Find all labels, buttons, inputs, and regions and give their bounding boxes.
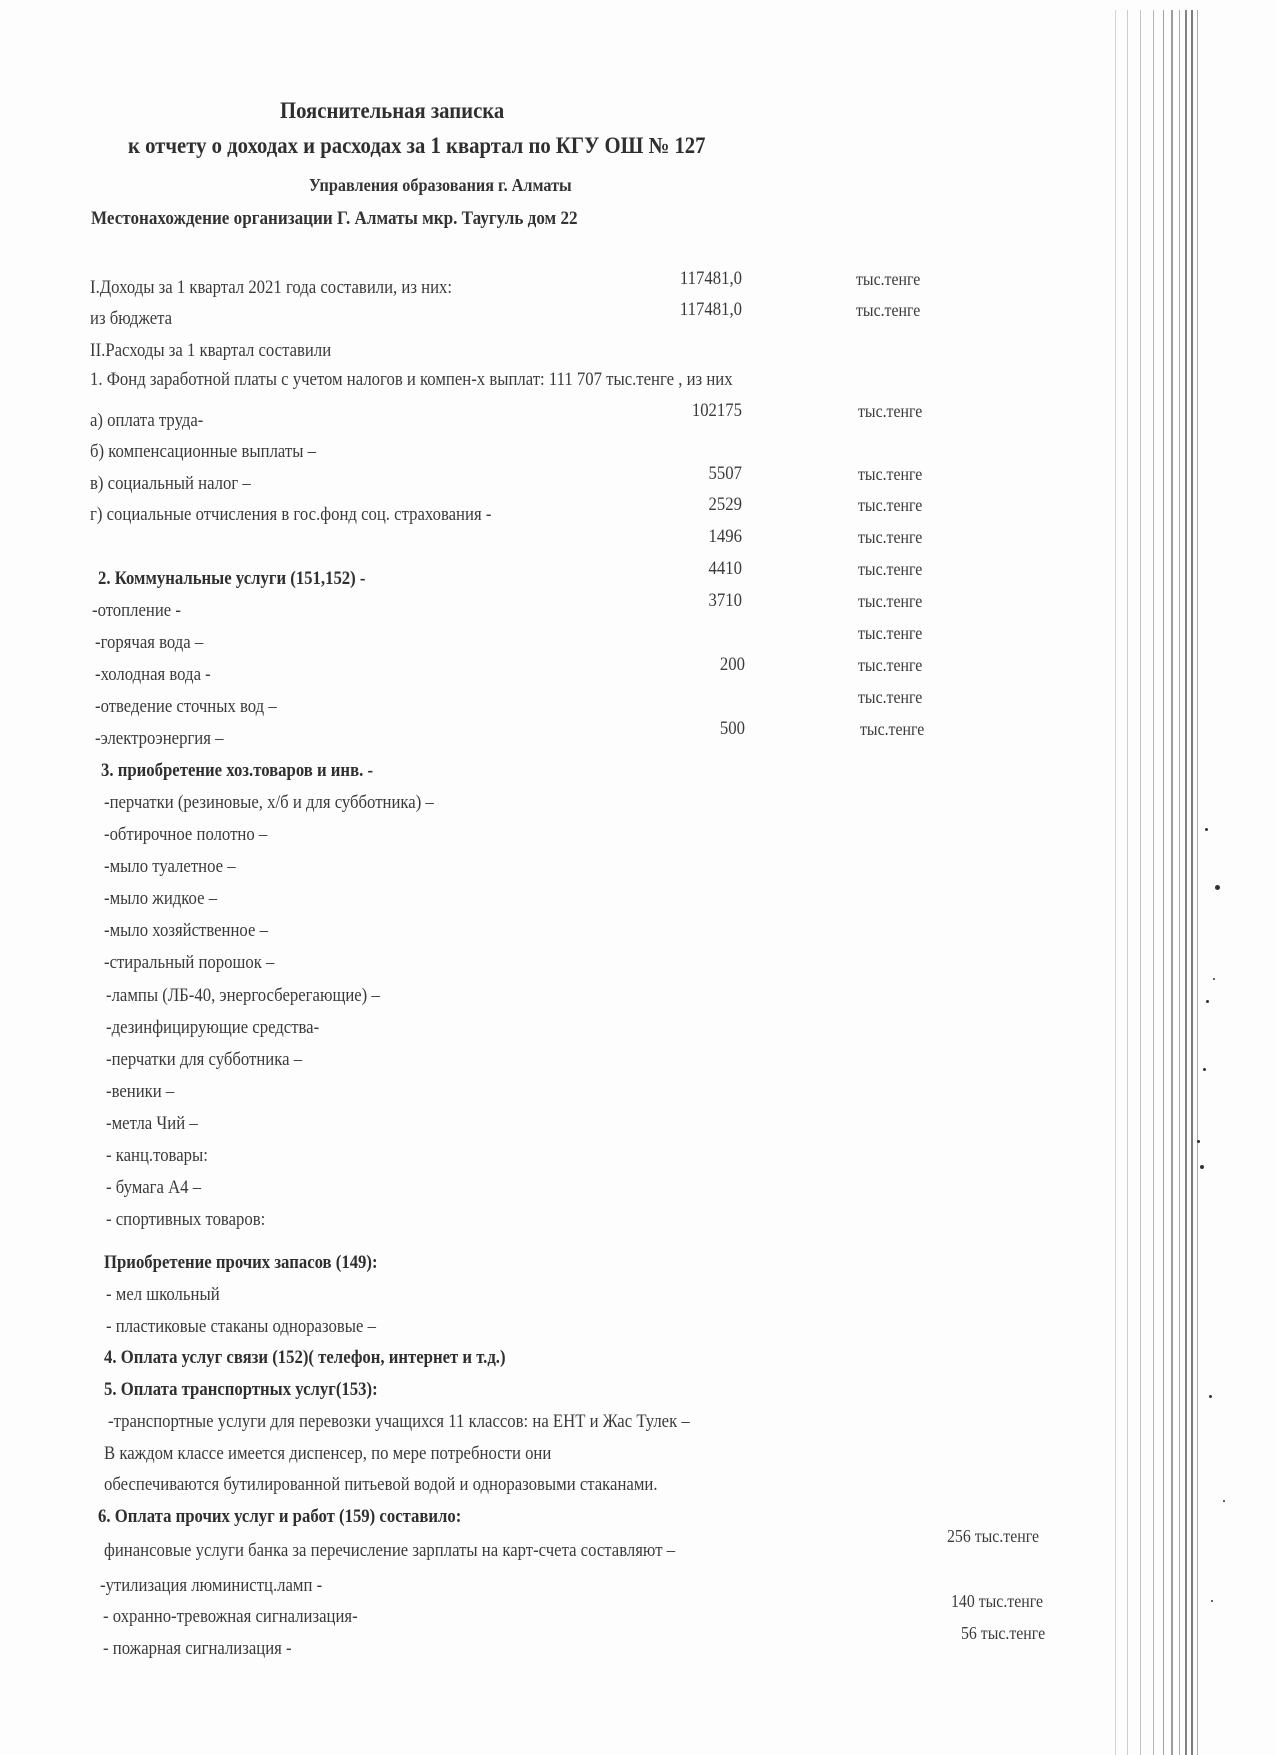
scan-speck [1213,978,1215,980]
utilities-value: 500 [639,718,745,740]
scan-streak [1163,10,1164,1755]
transport-line: В каждом классе имеется диспенсер, по ме… [104,1443,551,1465]
supplies-item: -перчатки (резиновые, х/б и для субботни… [104,792,434,814]
scan-speck [1223,1500,1225,1502]
other-services-value: 140 тыс.тенге [951,1590,1043,1612]
supplies-item: -мыло хозяйственное – [104,920,268,942]
transport-heading: 5. Оплата транспортных услуг(153): [104,1379,378,1401]
scan-speck [1215,885,1220,890]
other-services-item: - охранно-тревожная сигнализация- [103,1606,358,1628]
unit-label: тыс.тенге [858,463,922,485]
scan-speck [1205,828,1208,831]
supplies-item: -мыло туалетное – [104,856,236,878]
document-subtitle: к отчету о доходах и расходах за 1 кварт… [128,135,706,157]
communication-heading: 4. Оплата услуг связи (152)( телефон, ин… [104,1347,506,1369]
budget-label: из бюджета [90,308,172,330]
department-line: Управления образования г. Алматы [309,174,572,196]
utilities-item: -горячая вода – [95,632,203,654]
supplies-item: - бумага А4 – [106,1177,201,1199]
unit-label: тыс.тенге [860,718,924,740]
supplies-item: -обтирочное полотно – [104,824,267,846]
supplies-item: -стиральный порошок – [104,952,274,974]
document-title: Пояснительная записка [280,100,504,122]
transport-line: -транспортные услуги для перевозки учащи… [108,1411,690,1433]
payroll-item: б) компенсационные выплаты – [90,441,316,463]
scan-speck [1200,1165,1204,1169]
scan-streak [1115,10,1116,1755]
other-stock-item: - пластиковые стаканы одноразовые – [106,1316,376,1338]
utilities-total: 4410 [636,558,742,580]
payroll-item: а) оплата труда- [90,410,203,432]
utilities-item: -отопление - [92,600,181,622]
supplies-item: -мыло жидкое – [104,888,217,910]
payroll-value: 5507 [636,463,742,485]
payroll-item: г) социальные отчисления в гос.фонд соц.… [90,504,491,526]
scan-speck [1209,1395,1212,1398]
utilities-item: -электроэнергия – [95,728,223,750]
unit-label: тыс.тенге [858,590,922,612]
expenses-heading: II.Расходы за 1 квартал составили [90,340,331,362]
supplies-item: -метла Чий – [106,1113,198,1135]
other-services-item: финансовые услуги банка за перечисление … [104,1540,675,1562]
unit-label: тыс.тенге [858,494,922,516]
scan-streak [1185,10,1187,1755]
utilities-value: 3710 [636,590,742,612]
other-services-item: -утилизация люминистц.ламп - [100,1575,322,1597]
supplies-item: - канц.товары: [106,1145,208,1167]
unit-label: тыс.тенге [858,558,922,580]
scan-speck [1197,1140,1200,1143]
other-services-value: 56 тыс.тенге [961,1622,1045,1644]
supplies-item: -перчатки для субботника – [106,1049,302,1071]
location-line: Местонахождение организации Г. Алматы мк… [91,208,578,230]
income-total: 117481,0 [636,268,742,290]
unit-label: тыс.тенге [858,400,922,422]
unit-label: тыс.тенге [858,526,922,548]
scan-speck [1211,1600,1213,1602]
utilities-value: 200 [639,654,745,676]
other-stock-item: - мел школьный [106,1284,220,1306]
payroll-value: 102175 [636,400,742,422]
supplies-item: -лампы (ЛБ-40, энергосберегающие) – [106,985,380,1007]
transport-line: обеспечиваются бутилированной питьевой в… [104,1474,658,1496]
scan-streak [1197,10,1198,1755]
utilities-heading: 2. Коммунальные услуги (151,152) - [98,568,365,590]
other-services-heading: 6. Оплата прочих услуг и работ (159) сос… [98,1506,461,1528]
other-stock-heading: Приобретение прочих запасов (149): [104,1252,378,1274]
supplies-item: -веники – [106,1081,174,1103]
other-services-item: - пожарная сигнализация - [103,1638,292,1660]
scan-streak [1153,10,1154,1755]
unit-label: тыс.тенге [858,622,922,644]
unit-label: тыс.тенге [856,299,920,321]
supplies-item: - спортивных товаров: [106,1209,265,1231]
scan-streak [1127,10,1128,1755]
utilities-item: -холодная вода - [95,664,211,686]
scan-streaks [1105,0,1225,1755]
unit-label: тыс.тенге [858,686,922,708]
supplies-heading: 3. приобретение хоз.товаров и инв. - [101,760,373,782]
payroll-heading: 1. Фонд заработной платы с учетом налого… [90,369,733,391]
payroll-value: 1496 [636,526,742,548]
payroll-value: 2529 [636,494,742,516]
supplies-item: -дезинфицирующие средства- [106,1017,319,1039]
payroll-item: в) социальный налог – [90,473,251,495]
budget-value: 117481,0 [636,299,742,321]
scan-streak [1140,10,1141,1755]
scan-streak [1171,10,1173,1755]
income-heading: I.Доходы за 1 квартал 2021 года составил… [90,277,452,299]
scan-speck [1203,1068,1206,1071]
unit-label: тыс.тенге [856,268,920,290]
other-services-value: 256 тыс.тенге [947,1525,1039,1547]
scan-speck [1206,1000,1209,1003]
utilities-item: -отведение сточных вод – [95,696,277,718]
scan-streak [1179,10,1180,1755]
scan-streak [1191,10,1193,1755]
unit-label: тыс.тенге [858,654,922,676]
